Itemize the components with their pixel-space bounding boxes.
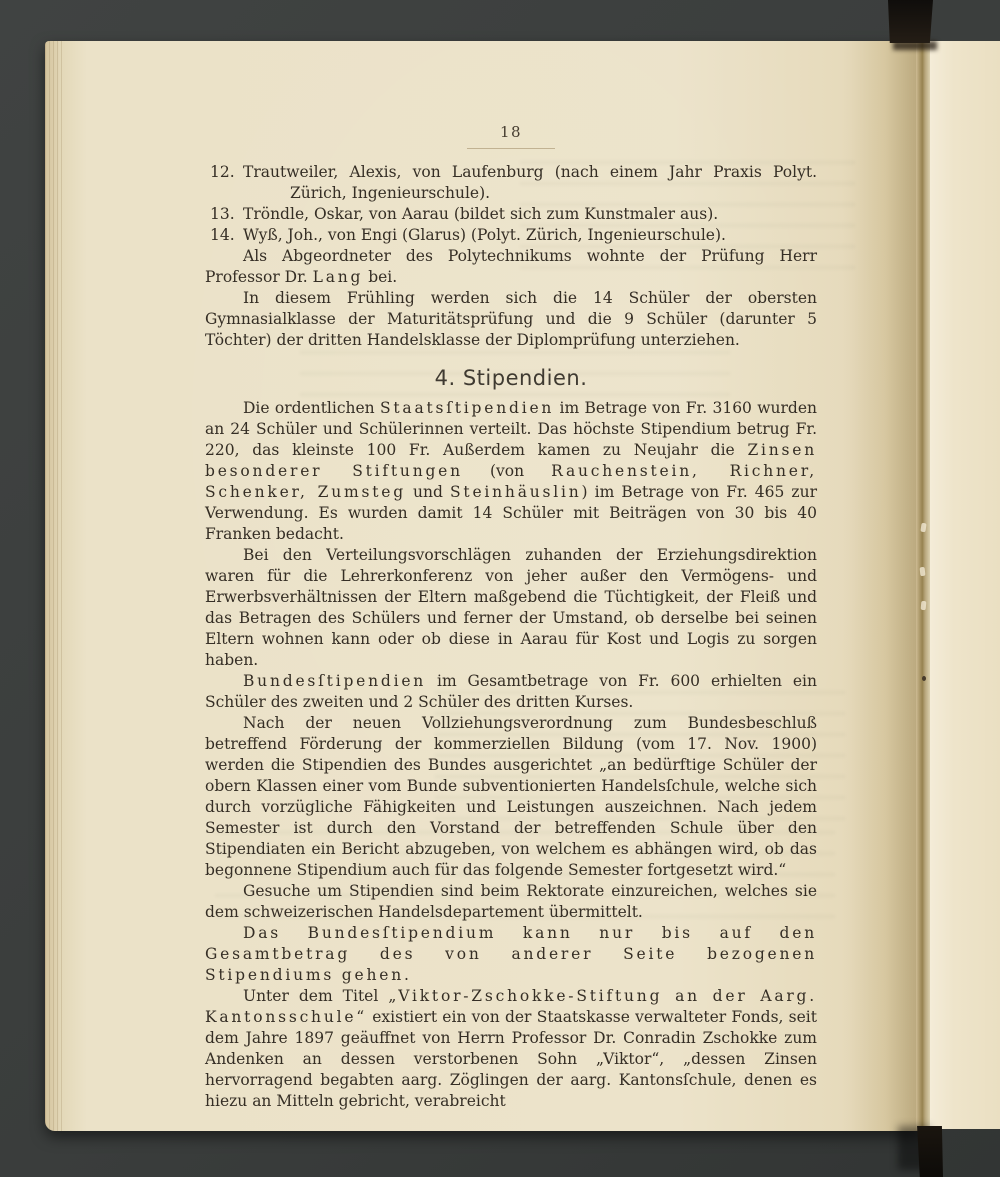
body-text: In diesem Frühling werden sich die 14 Sc…	[205, 289, 817, 349]
binding-stitch	[921, 601, 927, 610]
paragraph: In diesem Frühling werden sich die 14 Sc…	[205, 288, 817, 351]
body-text: Wyß, Joh., von Engi (Glarus) (Polyt. Zür…	[243, 226, 726, 244]
paragraph: Das Bundesſtipendium kann nur bis auf de…	[205, 923, 817, 986]
book-scan-scene: 18 12.Trautweiler, Alexis, von Laufenbur…	[0, 0, 1000, 1177]
stacked-page-edges	[45, 41, 65, 1131]
text-column: 18 12.Trautweiler, Alexis, von Laufenbur…	[205, 41, 817, 1112]
list-item-number: 13.	[210, 204, 235, 225]
letterspaced-text: Staatsſtipendien	[380, 399, 554, 417]
list-item-number: 12.	[210, 162, 235, 183]
gutter-shading	[841, 41, 921, 1131]
paragraph: Gesuche um Stipendien sind beim Rektorat…	[205, 881, 817, 923]
list-item: 13.Tröndle, Oskar, von Aarau (bildet sic…	[205, 204, 817, 225]
body-text: Gesuche um Stipendien sind beim Rektorat…	[205, 882, 817, 921]
body-text: bei.	[363, 268, 397, 286]
paragraph: Als Abgeordneter des Polytechnikums wohn…	[205, 246, 817, 288]
paragraph: Bundesſtipendien im Gesamtbetrage von Fr…	[205, 671, 817, 713]
page-number-rule	[467, 148, 555, 149]
page-number: 18	[205, 123, 817, 141]
book-gutter	[916, 41, 930, 1130]
binding-stitch	[920, 567, 926, 576]
letterspaced-text: Bundesſtipendien	[243, 672, 426, 690]
body-text: und	[406, 483, 450, 501]
list-item-number: 14.	[210, 225, 235, 246]
body-text: Bei den Verteilungsvorschlägen zuhanden …	[205, 546, 817, 669]
body-text: Nach der neuen Vollziehungsverordnung zu…	[205, 714, 817, 879]
paragraph: Unter dem Titel „Viktor-Zschokke-Stiftun…	[205, 986, 817, 1112]
body-text: Als Abgeordneter des Polytechnikums wohn…	[205, 247, 817, 286]
body-text: Die ordentlichen	[243, 399, 380, 417]
bookmark-ribbon-bottom	[916, 1126, 943, 1177]
letterspaced-text: Lang	[313, 268, 364, 286]
section-heading: 4. Stipendien.	[205, 366, 817, 390]
body-text: Unter dem Titel	[243, 987, 388, 1005]
list-item: 14.Wyß, Joh., von Engi (Glarus) (Polyt. …	[205, 225, 817, 246]
letterspaced-text: Das Bundesſtipendium kann nur bis auf de…	[205, 924, 817, 984]
body-text: (von	[463, 462, 551, 480]
body-text: Tröndle, Oskar, von Aarau (bildet sich z…	[243, 205, 718, 223]
letterspaced-text: Steinhäuslin	[450, 483, 582, 501]
paragraph: Nach der neuen Vollziehungsverordnung zu…	[205, 713, 817, 881]
body-text: Trautweiler, Alexis, von Laufenburg (nac…	[243, 163, 817, 202]
paragraph: Die ordentlichen Staatsſtipendien im Bet…	[205, 398, 817, 545]
opposite-page-edge	[930, 41, 1000, 1129]
gutter-speck	[922, 676, 926, 681]
paragraph: Bei den Verteilungsvorschlägen zuhanden …	[205, 545, 817, 671]
book-page: 18 12.Trautweiler, Alexis, von Laufenbur…	[45, 41, 921, 1131]
bookmark-ribbon-top	[888, 0, 933, 43]
list-item: 12.Trautweiler, Alexis, von Laufenburg (…	[205, 162, 817, 204]
